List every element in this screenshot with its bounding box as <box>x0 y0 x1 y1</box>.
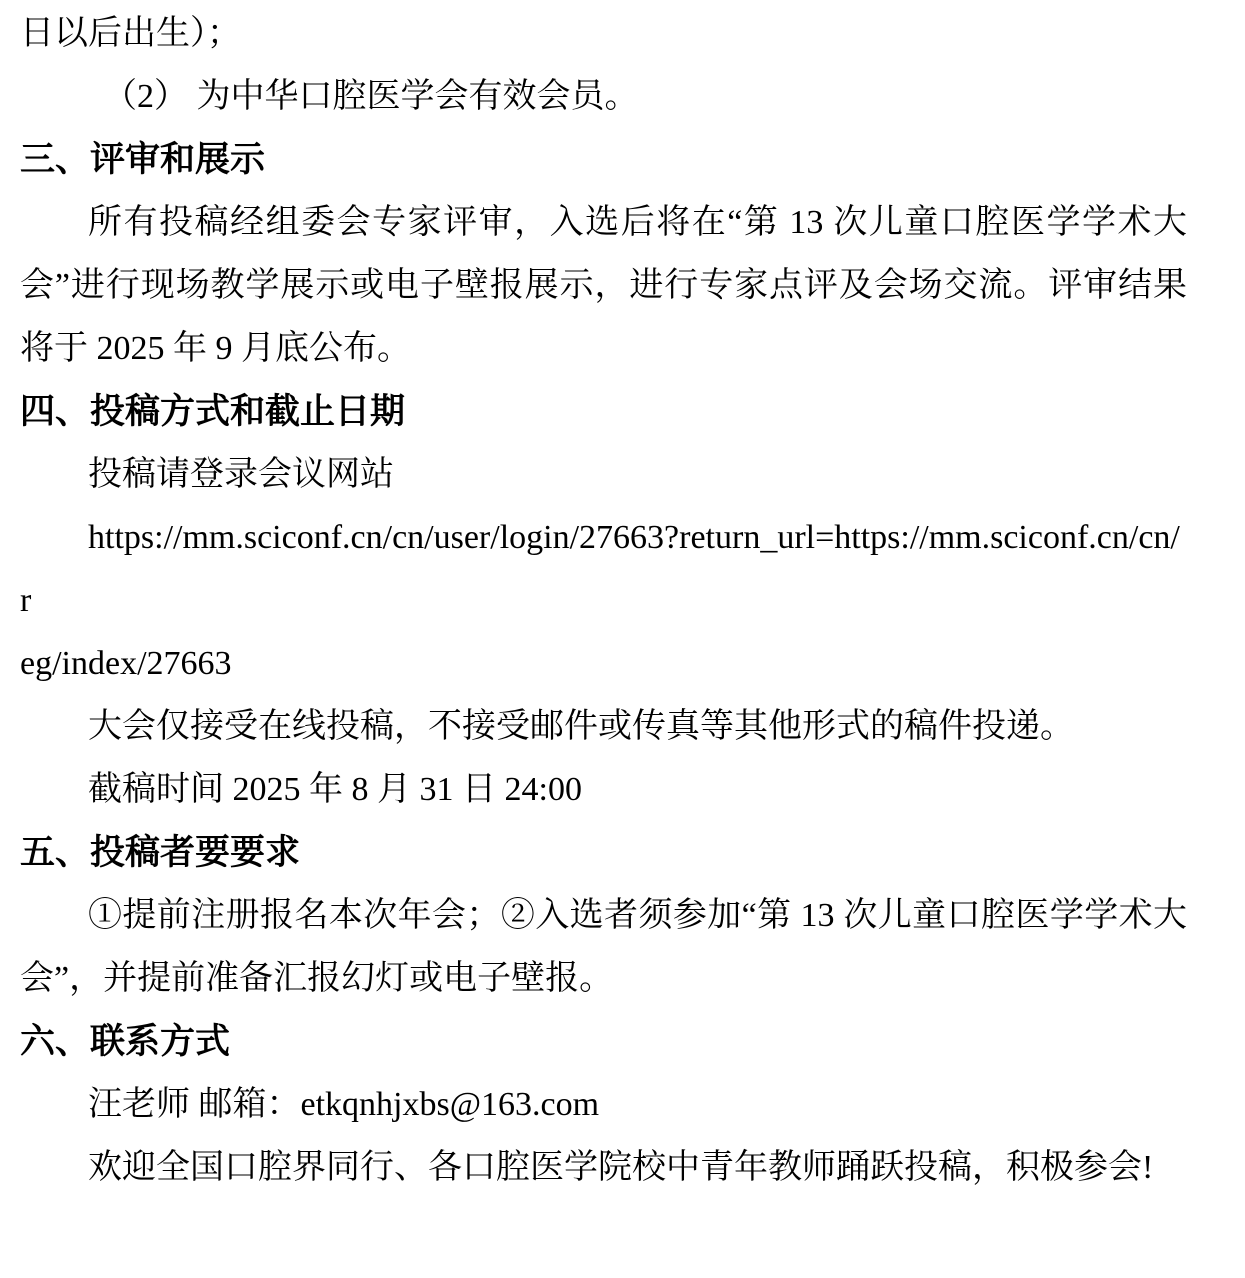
contact-line: 汪老师 邮箱：etkqnhjxbs@163.com <box>20 1073 1187 1136</box>
continuation-line: 日以后出生）； <box>20 2 1187 65</box>
conference-login-link-continued[interactable]: eg/index/27663 <box>20 645 232 682</box>
contact-name-label: 汪老师 邮箱： <box>88 1086 301 1123</box>
section-6-heading: 六、联系方式 <box>20 1010 1187 1073</box>
contact-email[interactable]: etkqnhjxbs@163.com <box>301 1086 600 1123</box>
conference-url-line-1: https://mm.sciconf.cn/cn/user/login/2766… <box>20 506 1187 632</box>
deadline-line: 截稿时间 2025 年 8 月 31 日 24:00 <box>20 758 1187 821</box>
review-and-display-paragraph: 所有投稿经组委会专家评审，入选后将在“第 13 次儿童口腔医学学术大会”进行现场… <box>20 191 1187 380</box>
membership-item-line: （2） 为中华口腔医学会有效会员。 <box>20 65 1187 128</box>
document-page: 日以后出生）； （2） 为中华口腔医学会有效会员。 三、评审和展示 所有投稿经组… <box>0 0 1245 1278</box>
online-only-line: 大会仅接受在线投稿，不接受邮件或传真等其他形式的稿件投递。 <box>20 695 1187 758</box>
section-3-heading: 三、评审和展示 <box>20 128 1187 191</box>
conference-login-link[interactable]: https://mm.sciconf.cn/cn/user/login/2766… <box>20 519 1180 619</box>
conference-url-line-2: eg/index/27663 <box>20 632 1187 695</box>
section-5-heading: 五、投稿者要要求 <box>20 821 1187 884</box>
welcome-line: 欢迎全国口腔界同行、各口腔医学院校中青年教师踊跃投稿，积极参会! <box>20 1136 1187 1199</box>
submission-site-line: 投稿请登录会议网站 <box>20 443 1187 506</box>
section-4-heading: 四、投稿方式和截止日期 <box>20 380 1187 443</box>
submitter-requirements-paragraph: ①提前注册报名本次年会；②入选者须参加“第 13 次儿童口腔医学学术大会”，并提… <box>20 884 1187 1010</box>
